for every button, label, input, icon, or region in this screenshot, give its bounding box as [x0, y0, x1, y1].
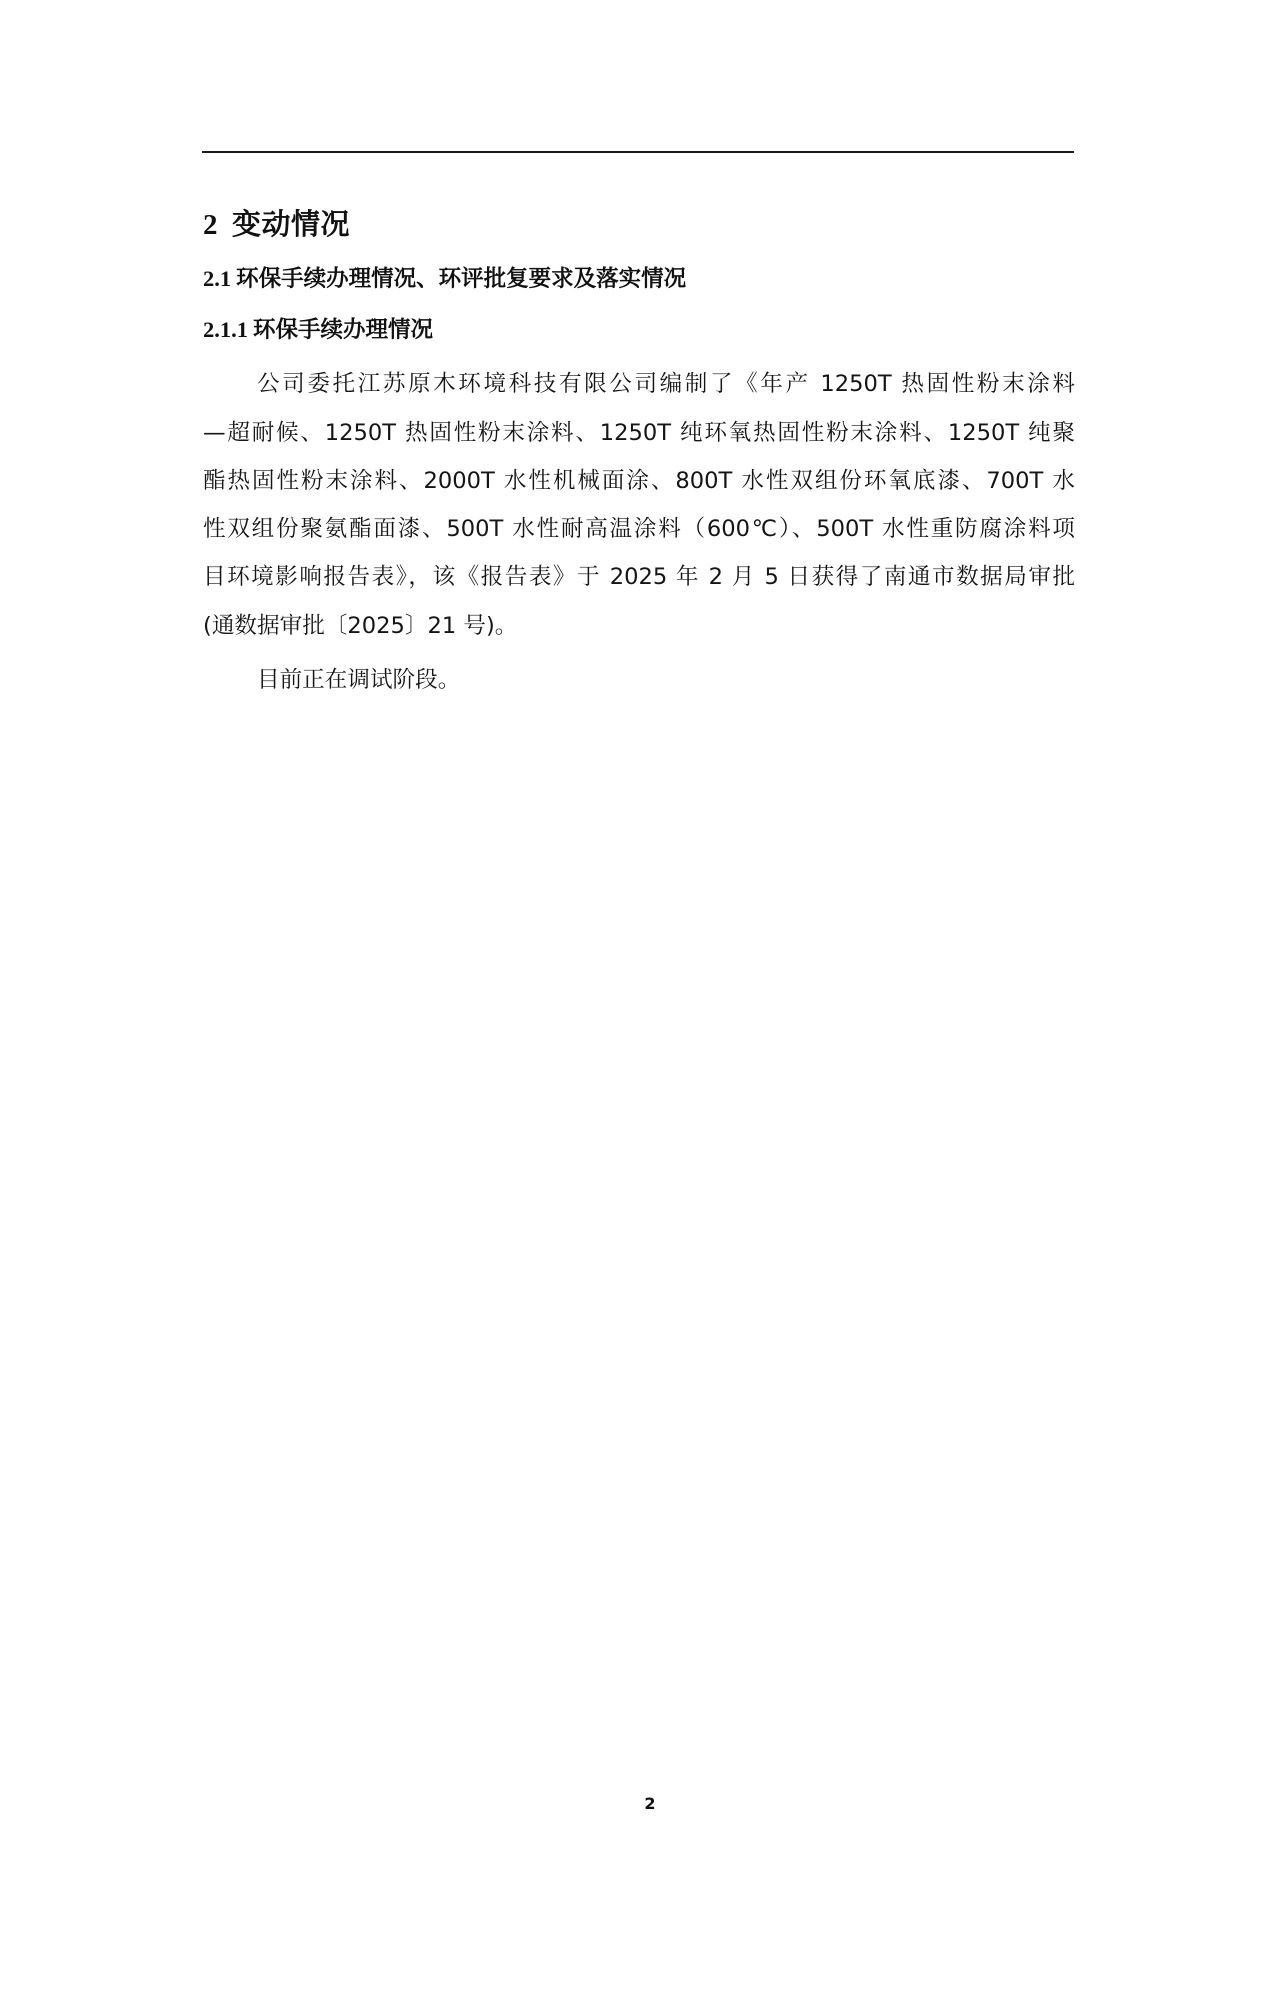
subsection-heading: 2.1环保手续办理情况、环评批复要求及落实情况: [203, 263, 686, 295]
paragraph-1-line: 性双组份聚氨酯面漆、500T 水性耐高温涂料（600℃）、500T 水性重防腐涂…: [203, 514, 1075, 544]
page-number: 2: [640, 1793, 660, 1815]
document-page: 2变动情况 2.1环保手续办理情况、环评批复要求及落实情况 2.1.1环保手续办…: [0, 0, 1279, 1989]
paragraph-1-line: (通数据审批〔2025〕21 号)。: [203, 611, 1075, 641]
subsection-title: 环保手续办理情况、环评批复要求及落实情况: [236, 266, 686, 292]
section-number: 2: [203, 209, 218, 241]
header-rule: [202, 151, 1074, 153]
section-title: 变动情况: [232, 207, 350, 241]
subsubsection-number: 2.1.1: [203, 317, 248, 342]
paragraph-2: 目前正在调试阶段。: [257, 665, 1075, 695]
paragraph-1-line: —超耐候、1250T 热固性粉末涂料、1250T 纯环氧热固性粉末涂料、1250…: [203, 418, 1075, 448]
paragraph-1-line: 公司委托江苏原木环境科技有限公司编制了《年产 1250T 热固性粉末涂料: [257, 369, 1075, 399]
paragraph-1-line: 目环境影响报告表》，该《报告表》于 2025 年 2 月 5 日获得了南通市数据…: [203, 562, 1075, 592]
paragraph-1-line: 酯热固性粉末涂料、2000T 水性机械面涂、800T 水性双组份环氧底漆、700…: [203, 466, 1075, 496]
subsection-number: 2.1: [203, 266, 231, 291]
subsubsection-heading: 2.1.1环保手续办理情况: [203, 314, 433, 346]
subsubsection-title: 环保手续办理情况: [253, 317, 433, 343]
section-heading: 2变动情况: [203, 206, 350, 243]
